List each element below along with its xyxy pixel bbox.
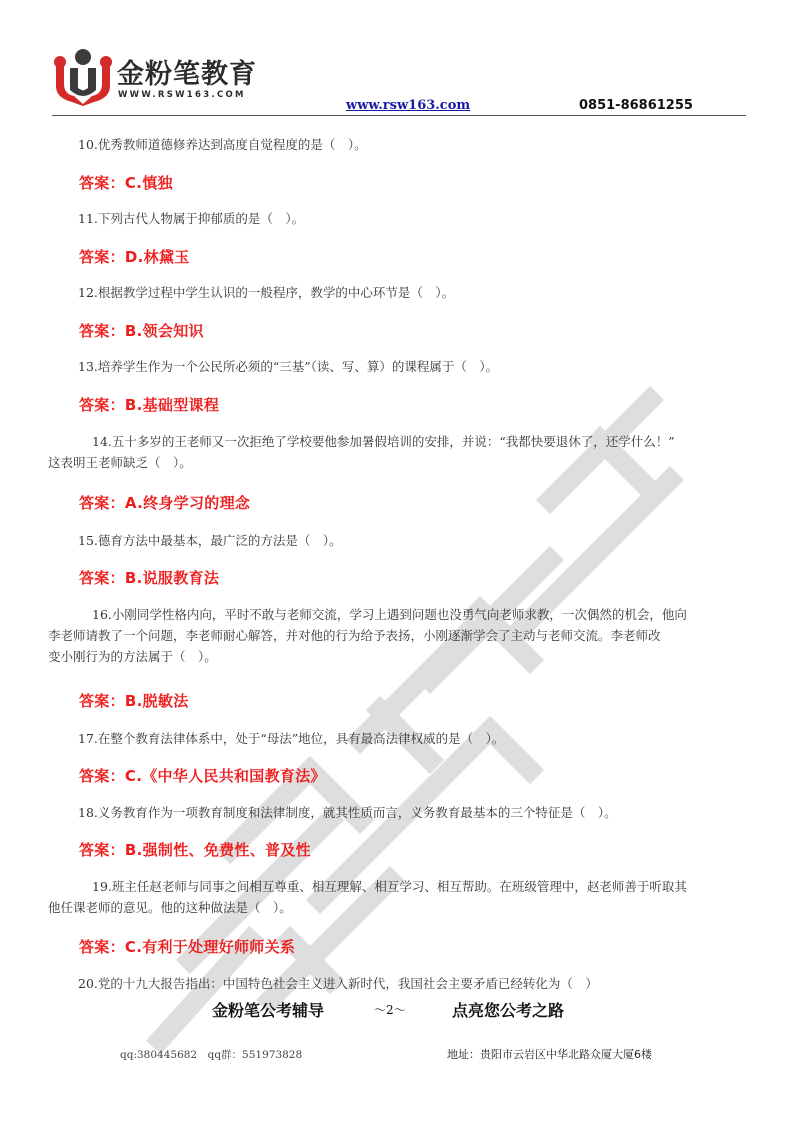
question-16-line-1: 16.小刚同学性格内向，平时不敢与老师交流，学习上遇到问题也没勇气向老师求教，一… xyxy=(92,604,752,625)
answer-17: 答案：C.《中华人民共和国教育法》 xyxy=(79,765,326,786)
question-14: 14.五十多岁的王老师又一次拒绝了学校要他参加暑假培训的安排，并说：“我都快要退… xyxy=(92,431,752,473)
answer-16: 答案：B.脱敏法 xyxy=(79,690,189,711)
question-16: 16.小刚同学性格内向，平时不敢与老师交流，学习上遇到问题也没勇气向老师求教，一… xyxy=(92,604,752,667)
question-17: 17.在整个教育法律体系中，处于“母法”地位，具有最高法律权威的是（ ）。 xyxy=(78,728,738,749)
answer-15: 答案：B.说服教育法 xyxy=(79,567,219,588)
answer-10: 答案：C.慎独 xyxy=(79,172,173,193)
question-19: 19.班主任赵老师与同事之间相互尊重、相互理解、相互学习、相互帮助。在班级管理中… xyxy=(92,876,752,918)
question-10: 10.优秀教师道德修养达到高度自觉程度的是（ ）。 xyxy=(78,134,738,155)
answer-12: 答案：B.领会知识 xyxy=(79,320,204,341)
question-16-line-3: 变小刚行为的方法属于（ ）。 xyxy=(48,646,752,667)
document-page: 金粉笔教育 WWW.RSW163.COM www.rsw163.com 0851… xyxy=(0,0,793,1122)
answer-13: 答案：B.基础型课程 xyxy=(79,394,219,415)
answer-18: 答案：B.强制性、免费性、普及性 xyxy=(79,839,311,860)
question-18: 18.义务教育作为一项教育制度和法律制度，就其性质而言，义务教育最基本的三个特征… xyxy=(78,802,738,823)
question-list: 10.优秀教师道德修养达到高度自觉程度的是（ ）。 答案：C.慎独 11.下列古… xyxy=(0,0,793,1122)
question-14-line-2: 这表明王老师缺乏（ ）。 xyxy=(48,452,752,473)
question-14-line-1: 14.五十多岁的王老师又一次拒绝了学校要他参加暑假培训的安排，并说：“我都快要退… xyxy=(92,431,752,452)
answer-19: 答案：C.有利于处理好师师关系 xyxy=(79,936,295,957)
question-16-line-2: 李老师请教了一个问题，李老师耐心解答，并对他的行为给予表扬，小刚逐渐学会了主动与… xyxy=(48,625,752,646)
question-15: 15.德育方法中最基本，最广泛的方法是（ ）。 xyxy=(78,530,738,551)
question-19-line-1: 19.班主任赵老师与同事之间相互尊重、相互理解、相互学习、相互帮助。在班级管理中… xyxy=(92,876,752,897)
question-20: 20.党的十九大报告指出：中国特色社会主义进入新时代，我国社会主要矛盾已经转化为… xyxy=(78,973,738,994)
answer-11: 答案：D.林黛玉 xyxy=(79,246,190,267)
question-11: 11.下列古代人物属于抑郁质的是（ ）。 xyxy=(78,208,738,229)
answer-14: 答案：A.终身学习的理念 xyxy=(79,492,250,513)
question-13: 13.培养学生作为一个公民所必须的“三基”（读、写、算）的课程属于（ ）。 xyxy=(78,356,738,377)
question-19-line-2: 他任课老师的意见。他的这种做法是（ ）。 xyxy=(48,897,752,918)
question-12: 12.根据教学过程中学生认识的一般程序，教学的中心环节是（ ）。 xyxy=(78,282,738,303)
